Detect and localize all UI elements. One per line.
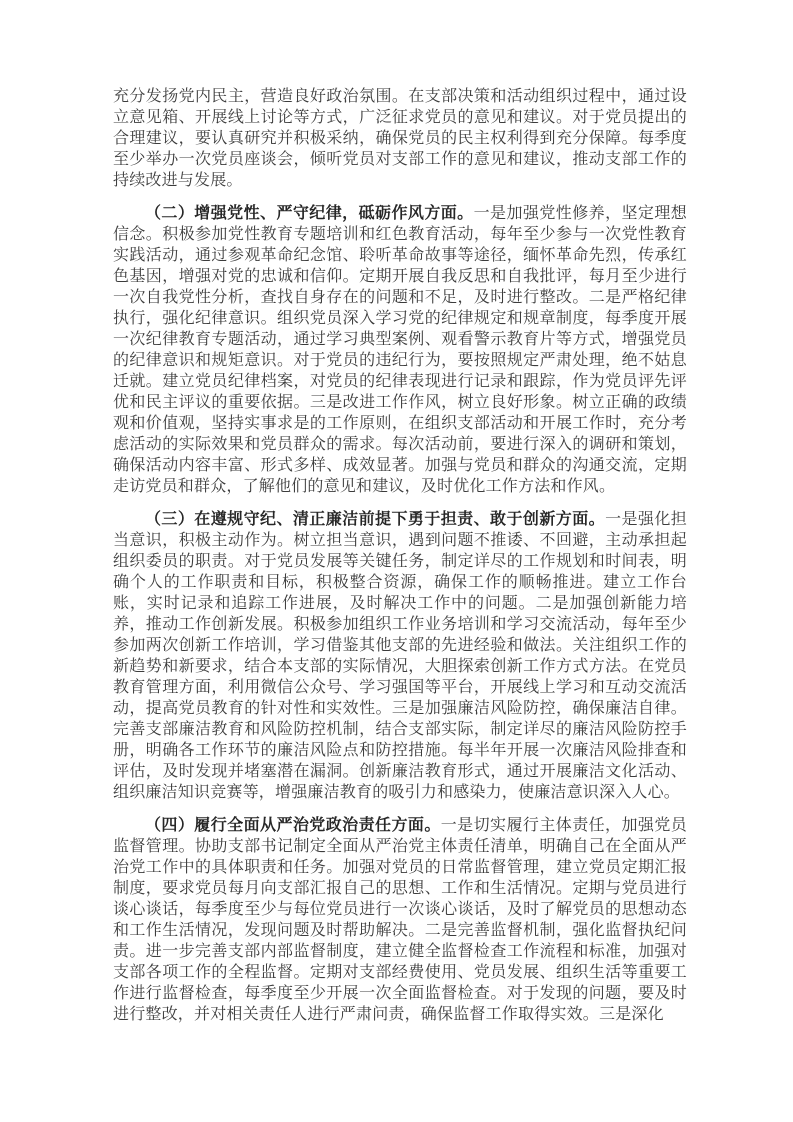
paragraph-section-4: （四）履行全面从严治党政治责任方面。一是切实履行主体责任，加强党员监督管理。协助… [113, 815, 687, 1025]
section-2-heading: （二）增强党性、严守纪律，砥砺作风方面。 [145, 205, 474, 222]
document-content: 充分发扬党内民主，营造良好政治氛围。在支部决策和活动组织过程中，通过设立意见箱、… [113, 86, 687, 1037]
paragraph-body-text: 充分发扬党内民主，营造良好政治氛围。在支部决策和活动组织过程中，通过设立意见箱、… [113, 88, 687, 189]
section-4-heading: （四）履行全面从严治党政治责任方面。 [145, 817, 441, 834]
section-2-body-text: 一是加强党性修养，坚定理想信念。积极参加党性教育专题培训和红色教育活动，每年至少… [113, 205, 687, 495]
section-4-body-text: 一是切实履行主体责任，加强党员监督管理。协助支部书记制定全面从严治党主体责任清单… [113, 817, 687, 1023]
section-3-body-text: 一是强化担当意识，积极主动作为。树立担当意识，遇到问题不推诿、不回避，主动承担起… [113, 511, 687, 801]
paragraph-continuation: 充分发扬党内民主，营造良好政治氛围。在支部决策和活动组织过程中，通过设立意见箱、… [113, 86, 687, 191]
paragraph-section-2: （二）增强党性、严守纪律，砥砺作风方面。一是加强党性修养，坚定理想信念。积极参加… [113, 203, 687, 497]
section-3-heading: （三）在遵规守纪、清正廉洁前提下勇于担责、敢于创新方面。 [145, 511, 605, 528]
document-page: 充分发扬党内民主，营造良好政治氛围。在支部决策和活动组织过程中，通过设立意见箱、… [0, 0, 793, 1122]
paragraph-section-3: （三）在遵规守纪、清正廉洁前提下勇于担责、敢于创新方面。一是强化担当意识，积极主… [113, 509, 687, 803]
